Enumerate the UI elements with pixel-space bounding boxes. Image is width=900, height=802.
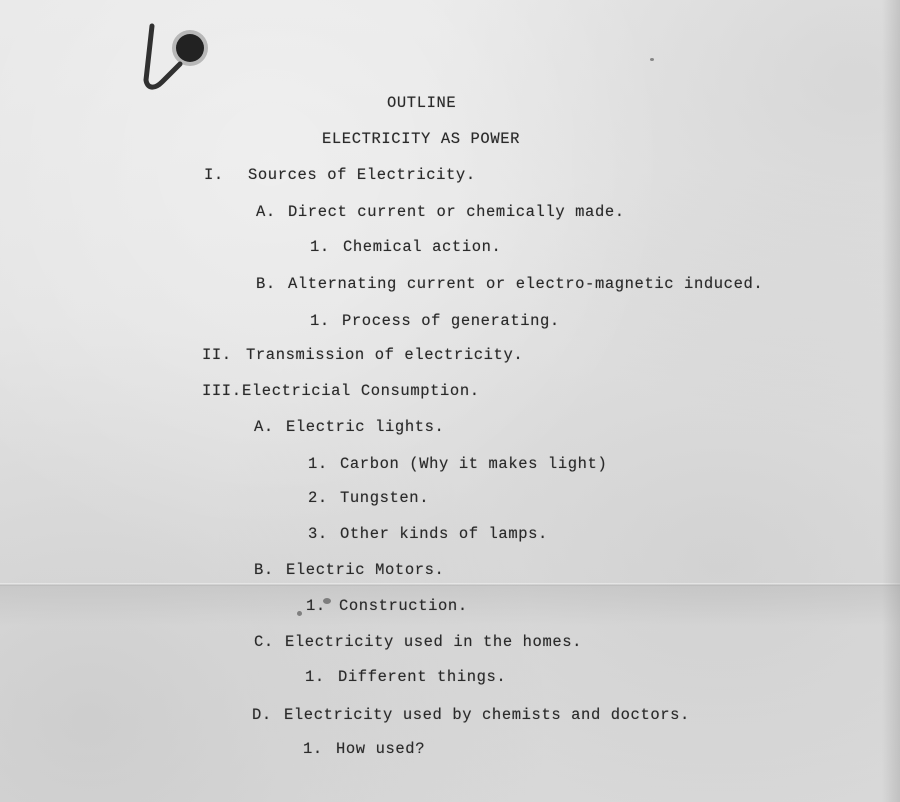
outline-item-text: Alternating current or electro-magnetic … xyxy=(288,275,763,293)
outline-marker: III. xyxy=(202,382,242,400)
ink-smudge xyxy=(297,611,302,616)
outline-marker: 1. xyxy=(310,312,330,330)
ink-smudge xyxy=(650,58,654,61)
outline-item-text: Direct current or chemically made. xyxy=(288,203,625,221)
outline-marker: 3. xyxy=(308,525,328,543)
outline-item-text: Process of generating. xyxy=(342,312,560,330)
outline-item-text: Tungsten. xyxy=(340,489,429,507)
outline-item-text: Sources of Electricity. xyxy=(248,166,476,184)
outline-item-text: Electric Motors. xyxy=(286,561,444,579)
typewritten-page: OUTLINE ELECTRICITY AS POWER I.Sources o… xyxy=(0,0,900,802)
outline-marker: 1. xyxy=(310,238,330,256)
outline-item-text: Construction. xyxy=(339,597,468,615)
outline-marker: 1. xyxy=(305,668,325,686)
ink-mark-icon xyxy=(138,18,213,98)
outline-item-text: Different things. xyxy=(338,668,506,686)
outline-marker: 1. xyxy=(306,597,326,615)
outline-marker: A. xyxy=(254,418,274,436)
document-title: ELECTRICITY AS POWER xyxy=(322,130,520,148)
outline-item-text: Electricity used in the homes. xyxy=(285,633,582,651)
outline-item-text: Transmission of electricity. xyxy=(246,346,523,364)
outline-heading: OUTLINE xyxy=(387,94,456,112)
outline-item-text: How used? xyxy=(336,740,425,758)
outline-marker: A. xyxy=(256,203,276,221)
outline-item-text: Electricity used by chemists and doctors… xyxy=(284,706,690,724)
outline-item-text: Electric lights. xyxy=(286,418,444,436)
outline-marker: 1. xyxy=(308,455,328,473)
paper-fold-crease xyxy=(0,583,900,586)
outline-marker: II. xyxy=(202,346,232,364)
outline-marker: 1. xyxy=(303,740,323,758)
outline-marker: 2. xyxy=(308,489,328,507)
outline-marker: I. xyxy=(204,166,224,184)
outline-item-text: Carbon (Why it makes light) xyxy=(340,455,607,473)
outline-item-text: Electricial Consumption. xyxy=(242,382,480,400)
outline-item-text: Chemical action. xyxy=(343,238,501,256)
outline-marker: B. xyxy=(256,275,276,293)
outline-marker: D. xyxy=(252,706,272,724)
outline-marker: C. xyxy=(254,633,274,651)
paper-edge-shadow xyxy=(882,0,900,802)
outline-marker: B. xyxy=(254,561,274,579)
outline-item-text: Other kinds of lamps. xyxy=(340,525,548,543)
